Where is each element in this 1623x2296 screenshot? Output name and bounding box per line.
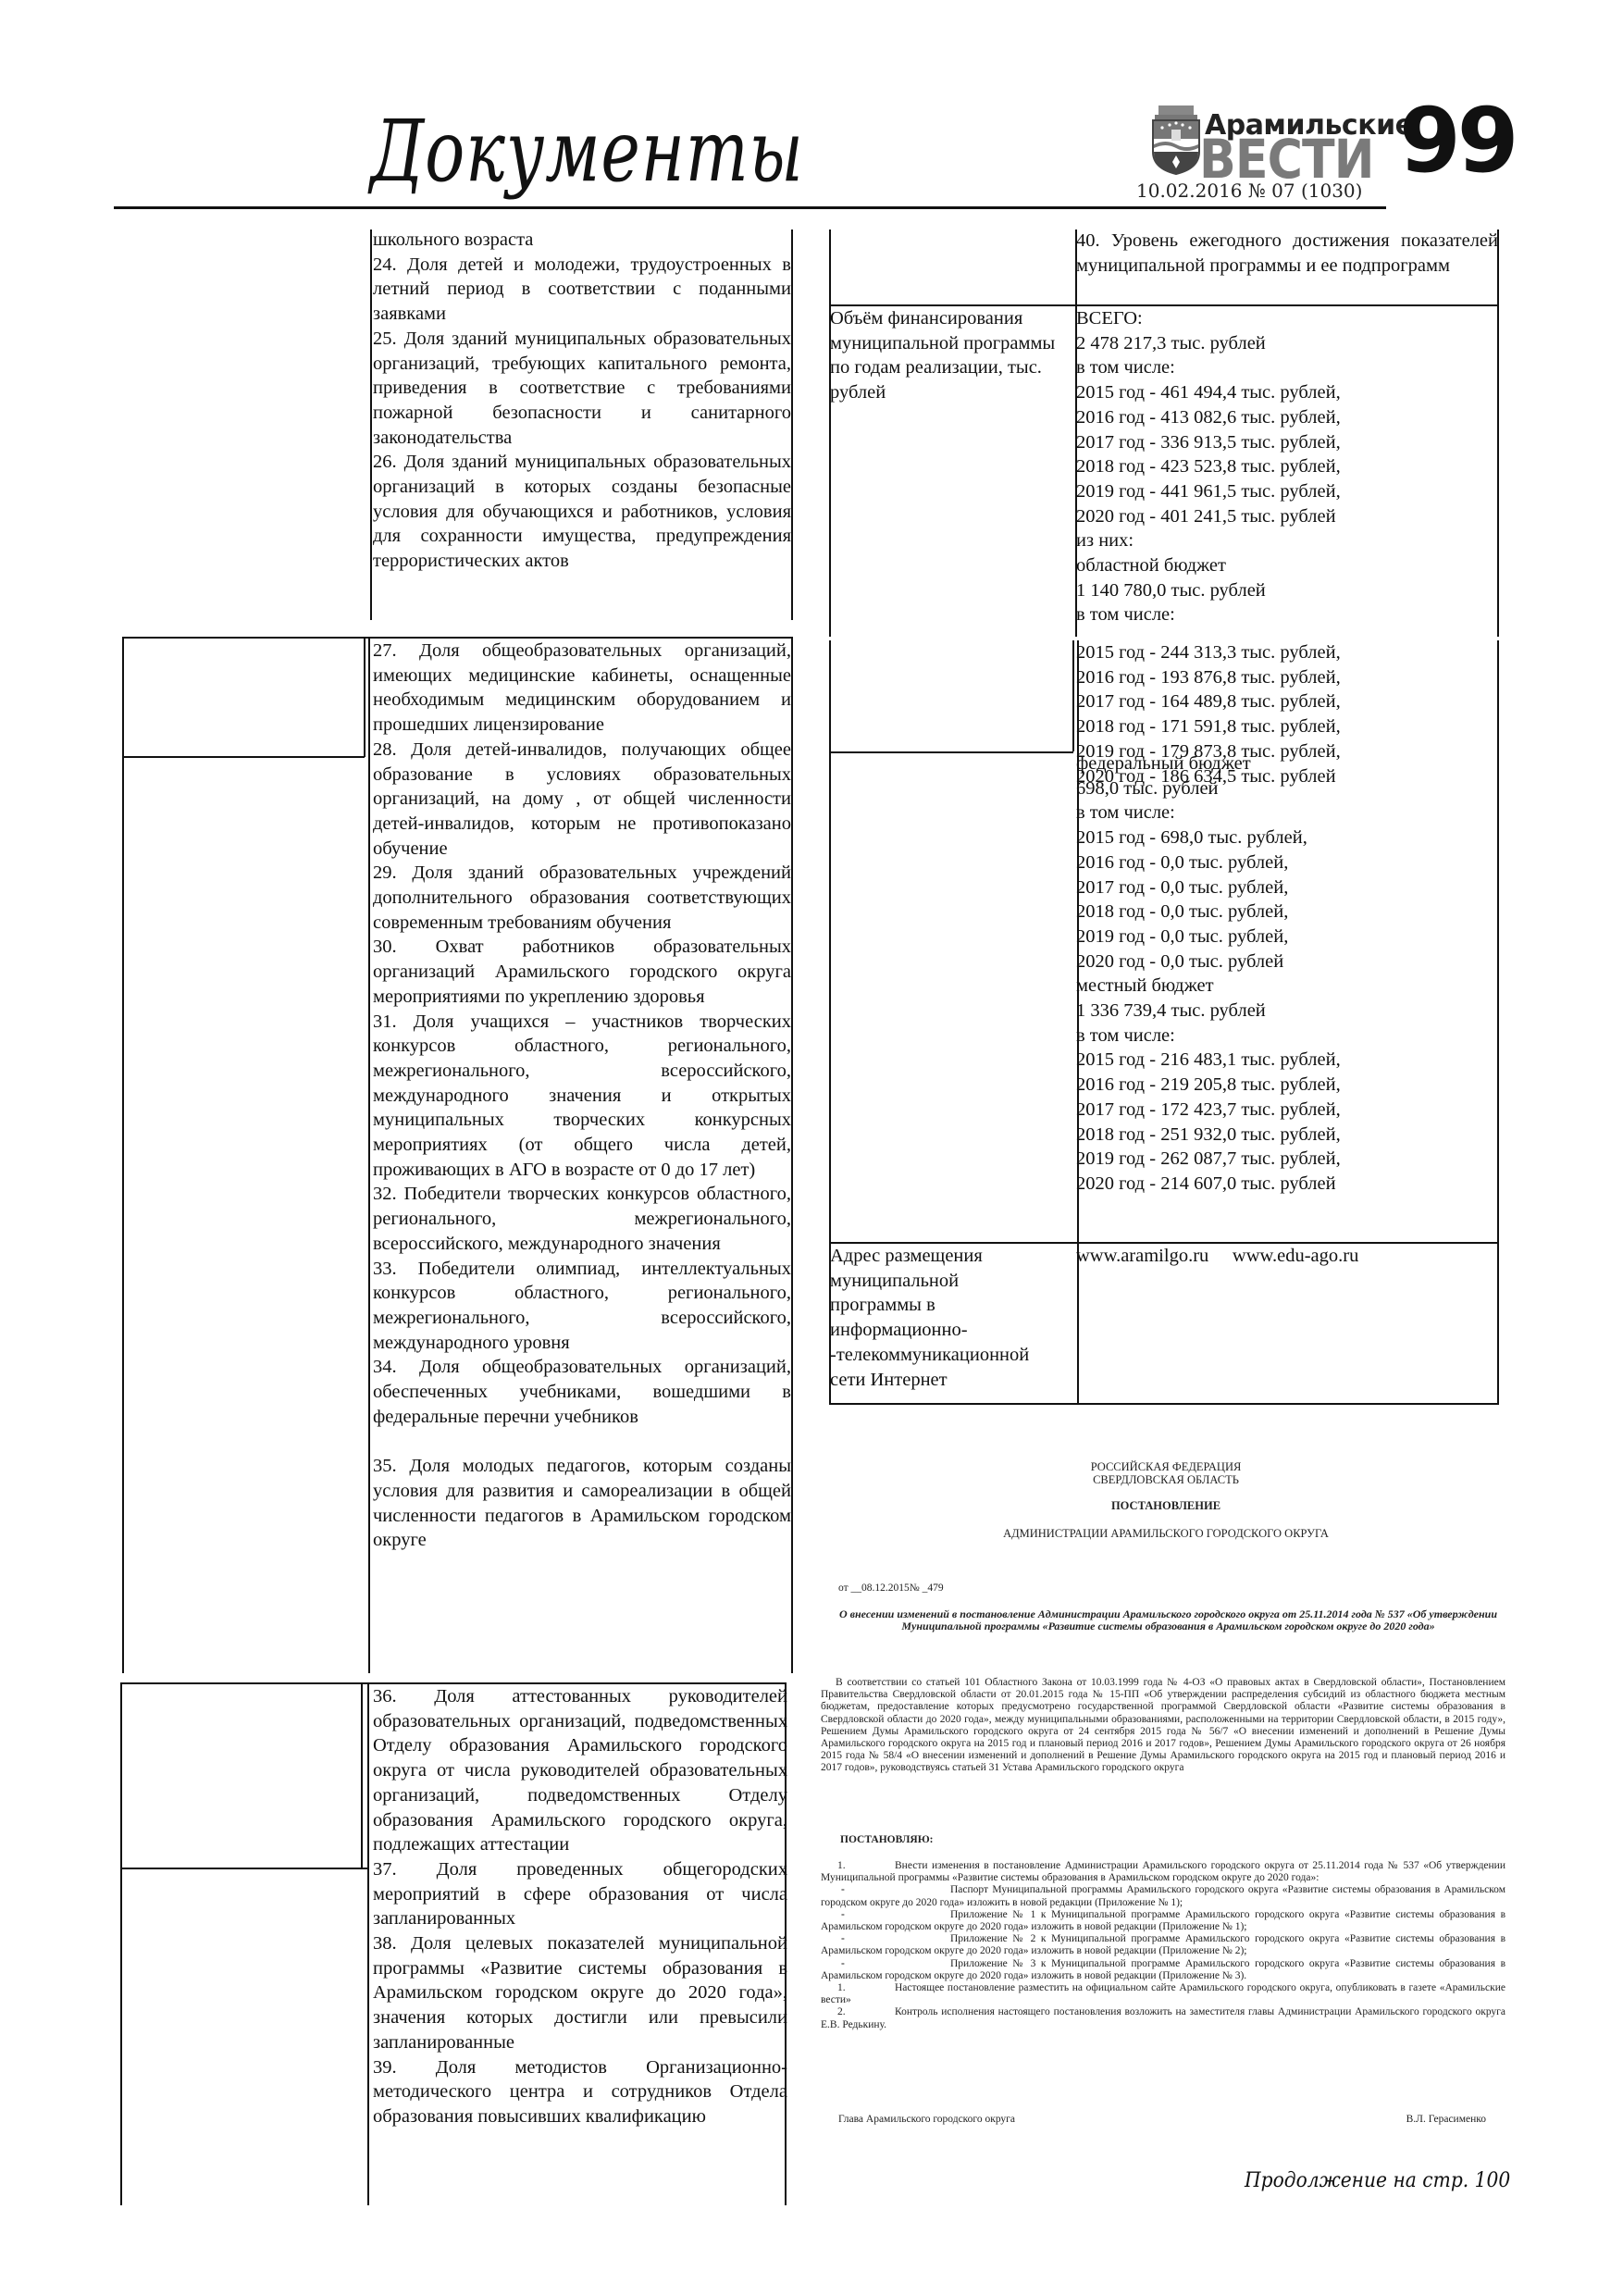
resolution-region: СВЕРДЛОВСКАЯ ОБЛАСТЬ xyxy=(824,1473,1508,1486)
financing-line: 2015 год - 461 494,4 тыс. рублей, xyxy=(1076,380,1498,405)
indicator-item: 35. Доля молодых педагогов, которым созд… xyxy=(373,1454,791,1553)
resolution-title: О внесении изменений в постановление Адм… xyxy=(828,1608,1508,1632)
indicator-item: 39. Доля методистов Организационно-метод… xyxy=(373,2055,787,2129)
financing-values-total-regional: ВСЕГО:2 478 217,3 тыс. рублейв том числе… xyxy=(1076,306,1498,627)
item-marker: - xyxy=(821,1884,950,1896)
financing-line: 2020 год - 401 241,5 тыс. рублей xyxy=(1076,504,1498,529)
indicator-block-2: 27. Доля общеобразовательных организаций… xyxy=(373,639,791,1553)
financing-line: 1 336 739,4 тыс. рублей xyxy=(1076,999,1498,1024)
financing-line: программы в xyxy=(830,1293,1075,1318)
indicator-item: 37. Доля проведенных общегородских мероп… xyxy=(373,1857,787,1931)
signature-title: Глава Арамильского городского округа xyxy=(838,2114,1015,2125)
coat-of-arms-icon xyxy=(1147,104,1205,176)
indicator-item: 36. Доля аттестованных руководителей обр… xyxy=(373,1684,787,1857)
table-border xyxy=(122,756,365,758)
indicator-item: 31. Доля учащихся – участников творчески… xyxy=(373,1010,791,1183)
address-label: Адрес размещениямуниципальнойпрограммы в… xyxy=(830,1244,1075,1392)
resolution-items: 1.Внести изменения в постановление Админ… xyxy=(821,1860,1505,2031)
financing-line: ВСЕГО: xyxy=(1076,306,1498,331)
financing-line: 2019 год - 0,0 тыс. рублей, xyxy=(1076,925,1498,949)
financing-line: 698,0 тыс. рублей xyxy=(1076,776,1498,801)
resolution-preamble: В соответствии со статьей 101 Областного… xyxy=(821,1677,1505,1775)
resolution-date-number: от __08.12.2015№ _479 xyxy=(838,1582,1523,1595)
indicator-item xyxy=(373,1430,791,1455)
financing-line: -телекоммуникационной xyxy=(830,1343,1075,1368)
resolution-item: -Паспорт Муниципальной программы Арамиль… xyxy=(821,1884,1505,1908)
item-marker: 2. xyxy=(821,2006,895,2018)
indicator-item: 34. Доля общеобразовательных организаций… xyxy=(373,1355,791,1429)
indicator-item: 32. Победители творческих конкурсов обла… xyxy=(373,1182,791,1256)
financing-line: 2017 год - 172 423,7 тыс. рублей, xyxy=(1076,1098,1498,1123)
table-border xyxy=(829,1403,1499,1405)
financing-label: Объём финансирования муниципальной прогр… xyxy=(830,306,1075,405)
financing-line: 2015 год - 216 483,1 тыс. рублей, xyxy=(1076,1048,1498,1073)
table-border xyxy=(1072,640,1074,751)
table-border xyxy=(791,230,793,620)
item-marker: 1. xyxy=(821,1860,895,1872)
item-marker: - xyxy=(821,1958,950,1970)
indicator-block-3: 36. Доля аттестованных руководителей обр… xyxy=(373,1684,787,2129)
table-border xyxy=(120,1868,368,1869)
continuation-note: Продолжение на стр. 100 xyxy=(1245,2169,1510,2192)
signature-row: Глава Арамильского городского округа В.Л… xyxy=(838,2114,1486,2126)
item-text: Внести изменения в постановление Админис… xyxy=(821,1860,1505,1883)
indicator-item: 24. Доля детей и молодежи, трудоустроенн… xyxy=(373,253,791,327)
address-links[interactable]: www.aramilgo.ru www.edu-ago.ru xyxy=(1076,1244,1498,1269)
table-border xyxy=(361,1682,363,1868)
table-border xyxy=(120,1682,122,2205)
indicator-item: 26. Доля зданий муниципальных образовате… xyxy=(373,450,791,574)
financing-line: 2018 год - 423 523,8 тыс. рублей, xyxy=(1076,454,1498,479)
financing-line: в том числе: xyxy=(1076,1024,1498,1049)
table-border xyxy=(370,230,372,620)
financing-line: сети Интернет xyxy=(830,1368,1075,1393)
item-marker: - xyxy=(821,1909,950,1921)
financing-line: 2019 год - 262 087,7 тыс. рублей, xyxy=(1076,1147,1498,1172)
financing-line: 2015 год - 698,0 тыс. рублей, xyxy=(1076,825,1498,850)
financing-line: федеральный бюджет xyxy=(1076,751,1498,776)
table-border xyxy=(829,230,831,637)
indicator-item: 27. Доля общеобразовательных организаций… xyxy=(373,639,791,738)
table-border xyxy=(791,637,793,1673)
resolution-item: -Приложение № 1 к Муниципальной программ… xyxy=(821,1909,1505,1933)
resolution-item: 1.Внести изменения в постановление Админ… xyxy=(821,1860,1505,1884)
table-border xyxy=(122,637,124,1673)
indicator-item: 38. Доля целевых показателей муниципальн… xyxy=(373,1931,787,2055)
financing-line: 2015 год - 244 313,3 тыс. рублей, xyxy=(1076,640,1498,665)
indicator-item: 25. Доля зданий муниципальных образовате… xyxy=(373,327,791,451)
financing-line: местный бюджет xyxy=(1076,974,1498,999)
financing-values-federal-local: федеральный бюджет698,0 тыс. рублейв том… xyxy=(1076,751,1498,1197)
resolution-issuer: АДМИНИСТРАЦИИ АРАМИЛЬСКОГО ГОРОДСКОГО ОК… xyxy=(824,1527,1508,1540)
financing-line: 2018 год - 0,0 тыс. рублей, xyxy=(1076,900,1498,925)
table-border xyxy=(367,1682,369,2205)
signature-name: В.Л. Герасименко xyxy=(1406,2114,1486,2126)
resolution-country: РОССИЙСКАЯ ФЕДЕРАЦИЯ xyxy=(824,1460,1508,1473)
indicator-block-1: школьного возраста24. Доля детей и молод… xyxy=(373,228,791,574)
financing-line: 2017 год - 0,0 тыс. рублей, xyxy=(1076,875,1498,900)
financing-line: в том числе: xyxy=(1076,355,1498,380)
financing-line: 2016 год - 193 876,8 тыс. рублей, xyxy=(1076,665,1498,690)
item-text: Контроль исполнения настоящего постановл… xyxy=(821,2006,1505,2029)
table-border xyxy=(364,637,365,757)
item-marker: - xyxy=(821,1933,950,1945)
page-number: 99 xyxy=(1399,96,1516,185)
financing-line: 2018 год - 171 591,8 тыс. рублей, xyxy=(1076,714,1498,739)
financing-line: 2020 год - 214 607,0 тыс. рублей xyxy=(1076,1172,1498,1197)
indicator-item: 30. Охват работников образовательных орг… xyxy=(373,935,791,1009)
indicator-40: 40. Уровень ежегодного достижения показа… xyxy=(1076,229,1498,278)
financing-line: информационно- xyxy=(830,1318,1075,1343)
resolution-item: -Приложение № 2 к Муниципальной программ… xyxy=(821,1933,1505,1957)
financing-line: Адрес размещения xyxy=(830,1244,1075,1269)
table-border xyxy=(829,751,1073,753)
indicator-item: 33. Победители олимпиад, интеллектуальны… xyxy=(373,1257,791,1356)
resolution-doc-type: ПОСТАНОВЛЕНИЕ xyxy=(824,1499,1508,1512)
indicator-item: 29. Доля зданий образовательных учрежден… xyxy=(373,861,791,935)
resolution-item: 2.Контроль исполнения настоящего постано… xyxy=(821,2006,1505,2030)
financing-line: 2020 год - 0,0 тыс. рублей xyxy=(1076,949,1498,974)
item-text: Настоящее постановление разместить на оф… xyxy=(821,1982,1505,2005)
financing-line: 1 140 780,0 тыс. рублей xyxy=(1076,578,1498,603)
resolution-item: 1.Настоящее постановление разместить на … xyxy=(821,1982,1505,2006)
resolution-item: -Приложение № 3 к Муниципальной программ… xyxy=(821,1958,1505,1982)
resolution-decree-label: ПОСТАНОВЛЯЮ: xyxy=(840,1834,1525,1846)
issue-date-number: 10.02.2016 № 07 (1030) xyxy=(1136,180,1362,202)
financing-line: в том числе: xyxy=(1076,800,1498,825)
financing-line: 2018 год - 251 932,0 тыс. рублей, xyxy=(1076,1123,1498,1148)
masthead-divider xyxy=(114,206,1386,209)
financing-line: 2 478 217,3 тыс. рублей xyxy=(1076,331,1498,356)
financing-line: 2017 год - 164 489,8 тыс. рублей, xyxy=(1076,689,1498,714)
financing-line: 2016 год - 219 205,8 тыс. рублей, xyxy=(1076,1073,1498,1098)
financing-line: 2016 год - 413 082,6 тыс. рублей, xyxy=(1076,405,1498,430)
financing-line: в том числе: xyxy=(1076,602,1498,627)
financing-line: муниципальной xyxy=(830,1269,1075,1294)
table-border xyxy=(829,640,831,1244)
item-marker: 1. xyxy=(821,1982,895,1994)
indicator-item: школьного возраста xyxy=(373,228,791,253)
table-border xyxy=(368,637,370,1673)
section-title: Документы xyxy=(370,109,804,194)
financing-line: областной бюджет xyxy=(1076,553,1498,578)
financing-line: из них: xyxy=(1076,528,1498,553)
indicator-item: 28. Доля детей-инвалидов, получающих общ… xyxy=(373,738,791,862)
financing-line: 2016 год - 0,0 тыс. рублей, xyxy=(1076,850,1498,875)
financing-line: 2017 год - 336 913,5 тыс. рублей, xyxy=(1076,430,1498,455)
financing-line: 2019 год - 441 961,5 тыс. рублей, xyxy=(1076,479,1498,504)
